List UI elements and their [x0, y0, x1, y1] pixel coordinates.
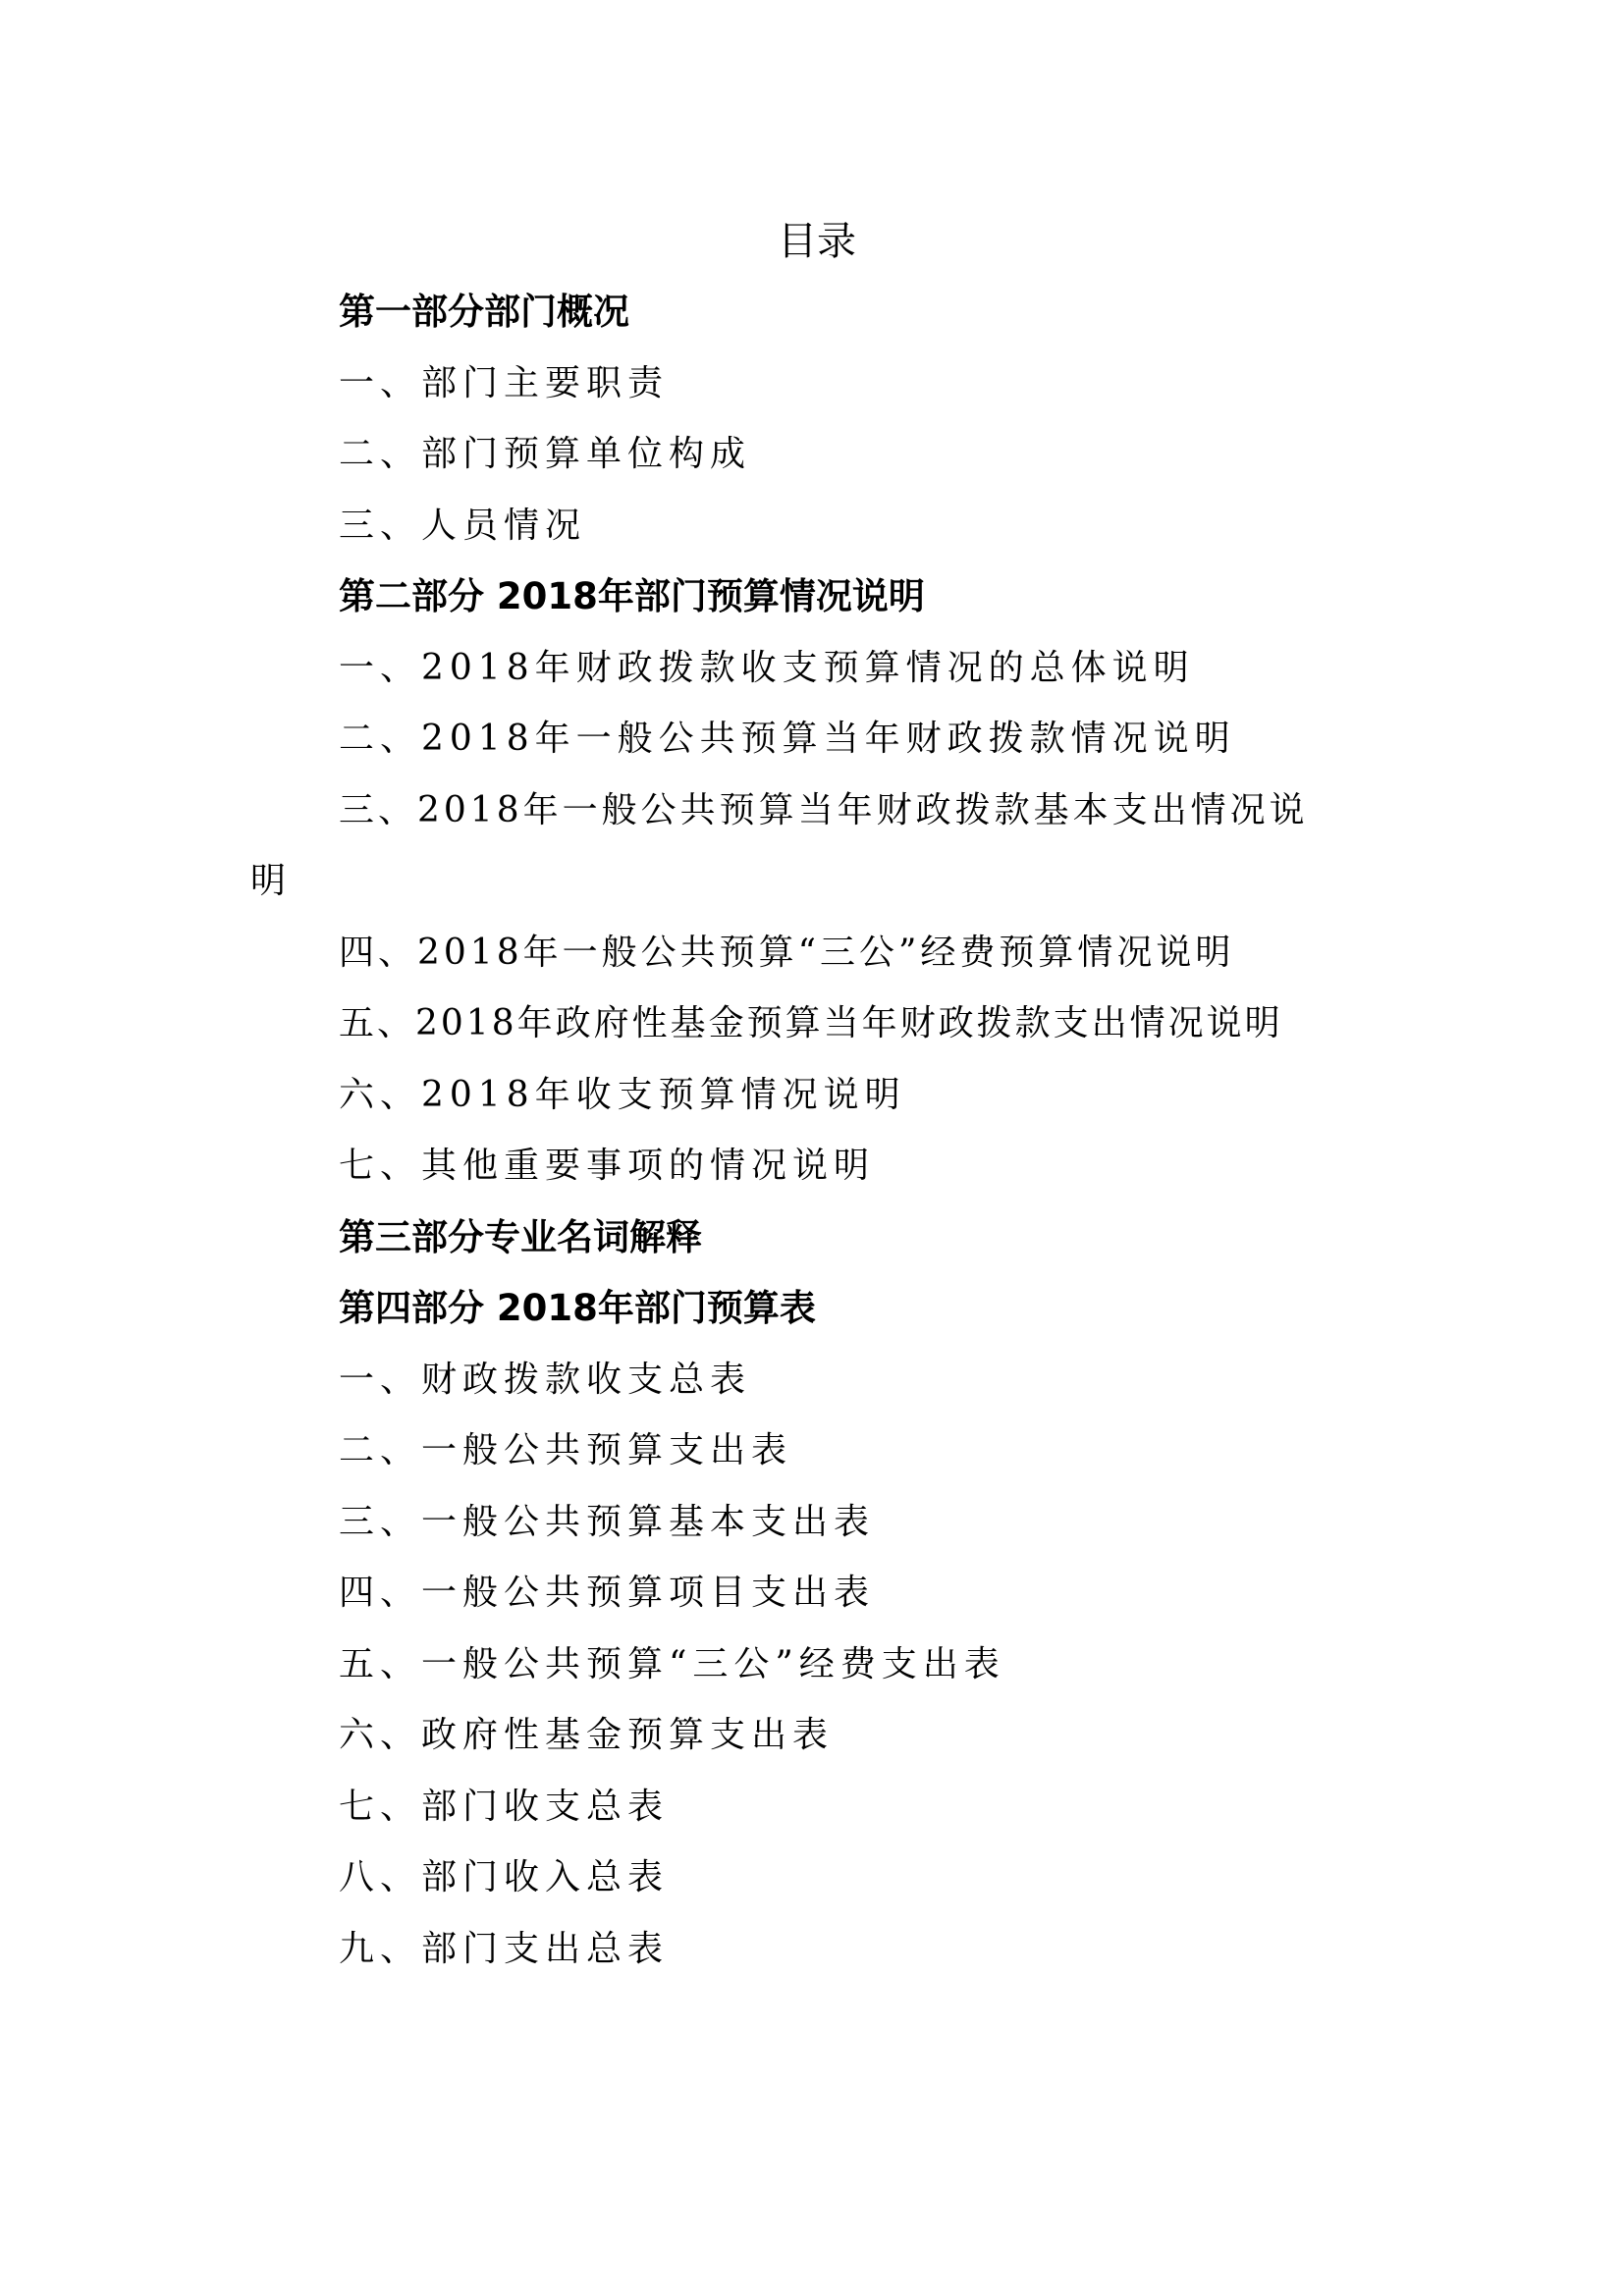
toc-item: 八、部门收入总表: [339, 1850, 1399, 1922]
toc-item: 四、2018年一般公共预算“三公”经费预算情况说明: [339, 926, 1399, 997]
toc-item: 二、2018年一般公共预算当年财政拨款情况说明: [339, 712, 1399, 783]
toc-part-3: 第三部分专业名词解释: [339, 1210, 1399, 1282]
toc-part-1: 第一部分部门概况: [339, 285, 1399, 356]
toc-item: 七、部门收支总表: [339, 1780, 1399, 1851]
document-page: 目录 第一部分部门概况 一、部门主要职责 二、部门预算单位构成 三、人员情况 第…: [0, 0, 1624, 2296]
toc-item: 五、2018年政府性基金预算当年财政拨款支出情况说明: [339, 996, 1399, 1068]
toc-item: 二、部门预算单位构成: [339, 427, 1399, 499]
toc-item: 一、2018年财政拨款收支预算情况的总体说明: [339, 641, 1399, 713]
toc-part-4: 第四部分 2018年部门预算表: [339, 1281, 1399, 1353]
toc-part-2: 第二部分 2018年部门预算情况说明: [339, 569, 1399, 641]
toc-item: 六、政府性基金预算支出表: [339, 1708, 1399, 1780]
toc-item: 三、人员情况: [339, 499, 1399, 570]
toc-item: 五、一般公共预算“三公”经费支出表: [339, 1637, 1399, 1709]
toc-item: 九、部门支出总表: [339, 1922, 1399, 1994]
toc-item: 二、一般公共预算支出表: [339, 1423, 1399, 1495]
toc-item: 一、部门主要职责: [339, 356, 1399, 428]
toc-item: 六、2018年收支预算情况说明: [339, 1068, 1399, 1140]
toc-item: 三、2018年一般公共预算当年财政拨款基本支出情况说: [339, 783, 1399, 855]
toc-item: 三、一般公共预算基本支出表: [339, 1495, 1399, 1567]
toc-item-continuation: 明: [250, 854, 1399, 926]
toc-item: 一、财政拨款收支总表: [339, 1353, 1399, 1424]
toc-item: 四、一般公共预算项目支出表: [339, 1566, 1399, 1637]
toc-item: 七、其他重要事项的情况说明: [339, 1139, 1399, 1210]
page-title: 目录: [0, 214, 1624, 269]
table-of-contents: 第一部分部门概况 一、部门主要职责 二、部门预算单位构成 三、人员情况 第二部分…: [339, 285, 1399, 1993]
